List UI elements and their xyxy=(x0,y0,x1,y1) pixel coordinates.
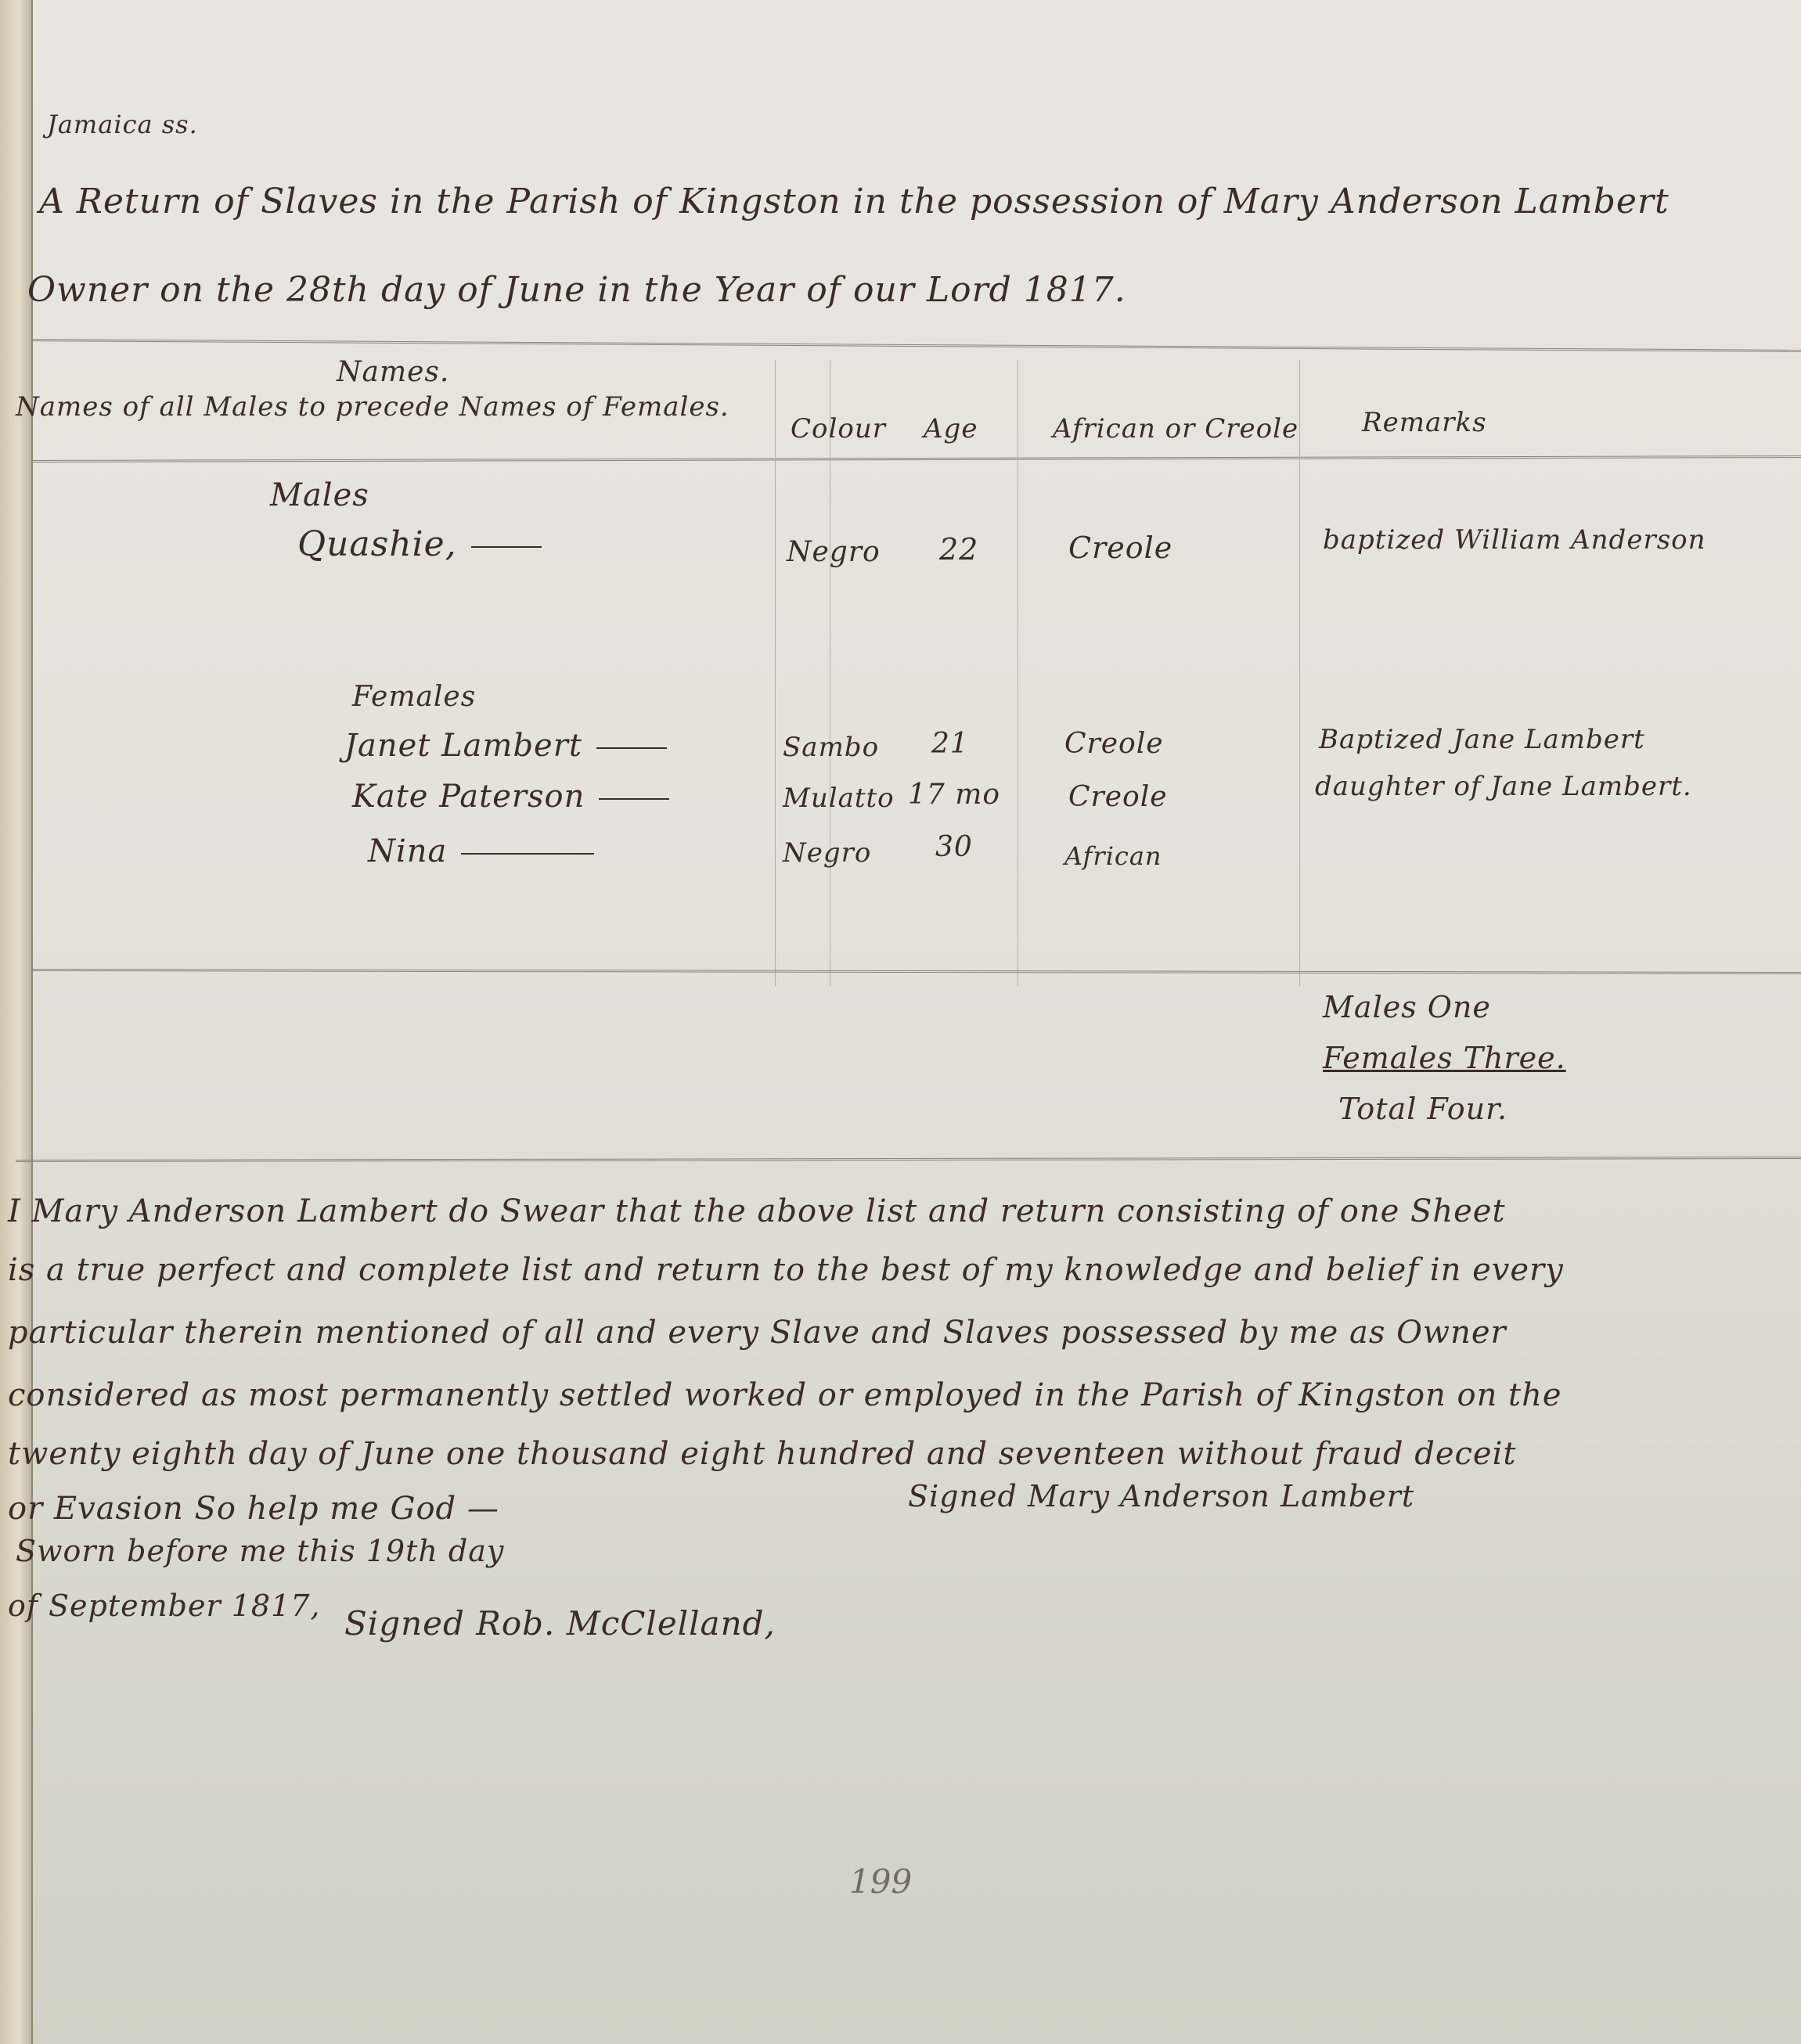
header-age: Age xyxy=(924,413,978,444)
sworn-line-1: Sworn before me this 19th day xyxy=(16,1534,504,1568)
colour-cell: Mulatto xyxy=(783,783,895,814)
age-cell: 17 mo xyxy=(908,779,1000,811)
section-label-females: Females xyxy=(352,681,476,713)
col-divider-remarks xyxy=(1299,360,1300,986)
header-origin: African or Creole xyxy=(1053,413,1299,444)
age-cell: 30 xyxy=(935,831,973,863)
origin-cell: Creole xyxy=(1068,781,1168,813)
origin-cell: Creole xyxy=(1068,531,1172,565)
remarks-cell: Baptized Jane Lambert xyxy=(1319,724,1645,755)
totals-top-rule xyxy=(31,969,1801,974)
header-remarks: Remarks xyxy=(1362,407,1487,438)
section-label-males: Males xyxy=(270,477,369,513)
oath-line: twenty eighth day of June one thousand e… xyxy=(8,1436,1516,1472)
remarks-cell: daughter of Jane Lambert. xyxy=(1315,771,1692,802)
margin-note: Jamaica ss. xyxy=(47,110,198,139)
colour-cell: Negro xyxy=(783,837,871,869)
colour-cell: Negro xyxy=(787,536,881,568)
total-all: Total Four. xyxy=(1338,1092,1507,1126)
title-line-1: A Return of Slaves in the Parish of King… xyxy=(39,182,1670,221)
origin-cell: African xyxy=(1064,841,1162,871)
slave-name: Kate Paterson xyxy=(352,779,669,815)
slave-name: Quashie, xyxy=(297,524,542,564)
age-cell: 21 xyxy=(931,728,969,760)
age-cell: 22 xyxy=(939,532,978,567)
remarks-cell: baptized William Anderson xyxy=(1323,524,1706,556)
oath-line: or Evasion So help me God — xyxy=(8,1491,499,1527)
header-bottom-rule xyxy=(31,455,1801,462)
magistrate-signature: Signed Rob. McClelland, xyxy=(344,1604,776,1643)
colour-cell: Sambo xyxy=(783,732,879,763)
oath-line: considered as most permanently settled w… xyxy=(8,1377,1562,1413)
col-divider-age xyxy=(830,360,830,986)
origin-cell: Creole xyxy=(1064,728,1164,760)
table-top-rule xyxy=(31,339,1801,352)
header-colour: Colour xyxy=(791,413,886,444)
oath-line: I Mary Anderson Lambert do Swear that th… xyxy=(8,1193,1506,1229)
col-divider-origin xyxy=(1018,360,1018,986)
col-divider-colour xyxy=(775,360,776,986)
slave-name: Nina xyxy=(368,833,594,869)
sworn-line-2: of September 1817, xyxy=(8,1589,321,1623)
oath-line: is a true perfect and complete list and … xyxy=(8,1252,1564,1288)
owner-signature: Signed Mary Anderson Lambert xyxy=(908,1479,1414,1513)
slave-name: Janet Lambert xyxy=(344,728,667,764)
total-males: Males One xyxy=(1323,990,1491,1024)
title-line-2: Owner on the 28th day of June in the Yea… xyxy=(27,270,1126,310)
page-number: 199 xyxy=(849,1862,912,1901)
header-names: Names of all Males to precede Names of F… xyxy=(16,391,729,423)
header-names-group: Names. xyxy=(337,356,449,388)
oath-line: particular therein mentioned of all and … xyxy=(8,1315,1507,1351)
total-females: Females Three. xyxy=(1323,1041,1566,1075)
table-bottom-rule xyxy=(16,1157,1801,1162)
